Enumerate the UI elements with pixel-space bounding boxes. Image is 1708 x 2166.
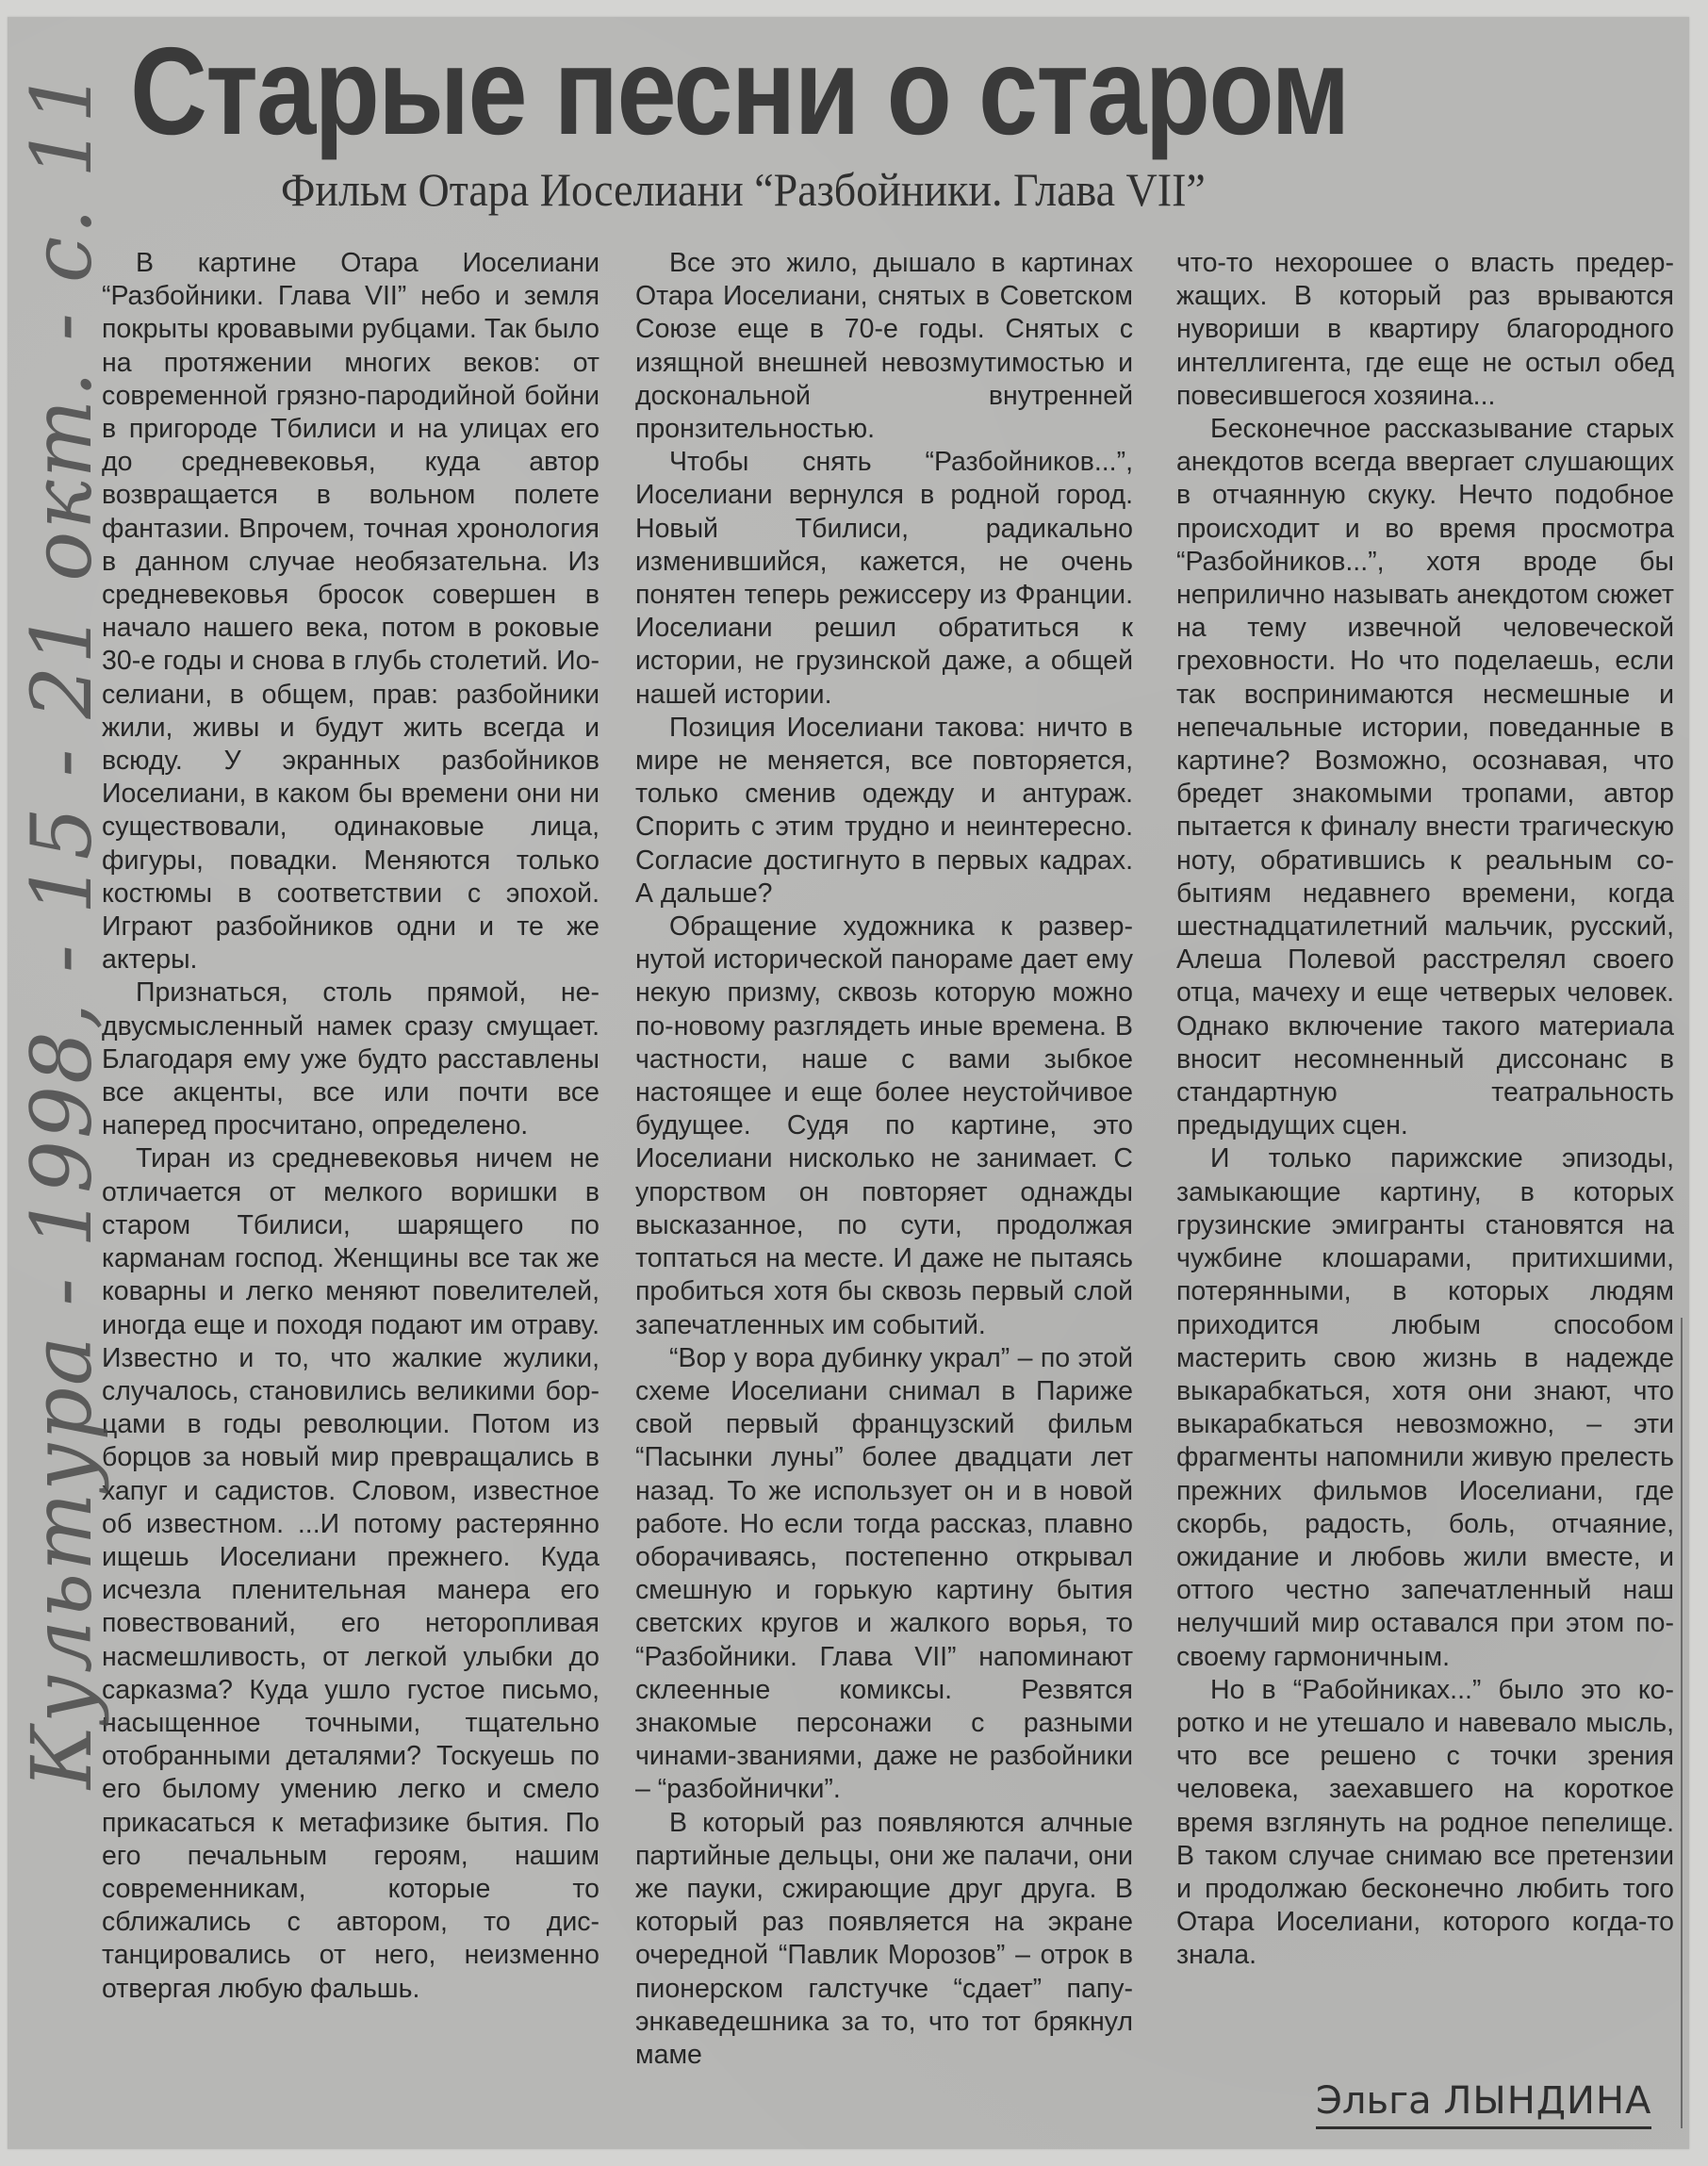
paragraph: Но в “Рабойниках...” было это ко­ротко и…: [1176, 1674, 1674, 1973]
author-first-name: Эльга: [1316, 2079, 1432, 2123]
author-byline: Эльга ЛЫНДИНА: [1316, 2077, 1651, 2129]
paragraph: Обращение художника к развер­нутой истор…: [635, 911, 1133, 1342]
article-column-2: Все это жило, дышало в карти­нах Отара И…: [635, 247, 1133, 2072]
paragraph: “Вор у вора дубинку украл” – по этой схе…: [635, 1342, 1133, 1807]
paragraph: В картине Отара Иоселиани “Разбойники. Г…: [102, 247, 599, 976]
paragraph-continuation: что-то нехорошее о власть предер­жащих. …: [1176, 247, 1674, 413]
article-headline: Старые песни о старом: [130, 21, 1427, 162]
article-column-1: В картине Отара Иоселиани “Разбойники. Г…: [102, 247, 599, 2006]
article-subtitle: Фильм Отара Иоселиани “Разбойники. Глава…: [281, 158, 1206, 221]
paragraph: И только парижские эпизоды, замыкающие к…: [1176, 1142, 1674, 1673]
paragraph: Все это жило, дышало в карти­нах Отара И…: [635, 247, 1133, 446]
paragraph: Бесконечное рассказывание старых анекдот…: [1176, 413, 1674, 1142]
handwritten-source-note: Культура - 1998, - 15 - 21 окт. - с. 11: [15, 337, 109, 1789]
right-border-rule: [1681, 1318, 1683, 2128]
paragraph: Позиция Иоселиани такова: ни­что в мире …: [635, 712, 1133, 911]
paragraph: Признаться, столь прямой, не­двусмысленн…: [102, 976, 599, 1142]
paragraph: В который раз появляются алч­ные партийн…: [635, 1807, 1133, 2073]
paragraph: Чтобы снять “Разбойников...”, Иоселиани …: [635, 446, 1133, 712]
article-column-3: что-то нехорошее о власть предер­жащих. …: [1176, 247, 1674, 1973]
newspaper-clipping: Старые песни о старом Фильм Отара Иосели…: [8, 17, 1689, 2149]
author-last-name: ЛЫНДИНА: [1443, 2079, 1651, 2123]
paragraph: Тиран из средневековья ничем не отличает…: [102, 1142, 599, 2005]
